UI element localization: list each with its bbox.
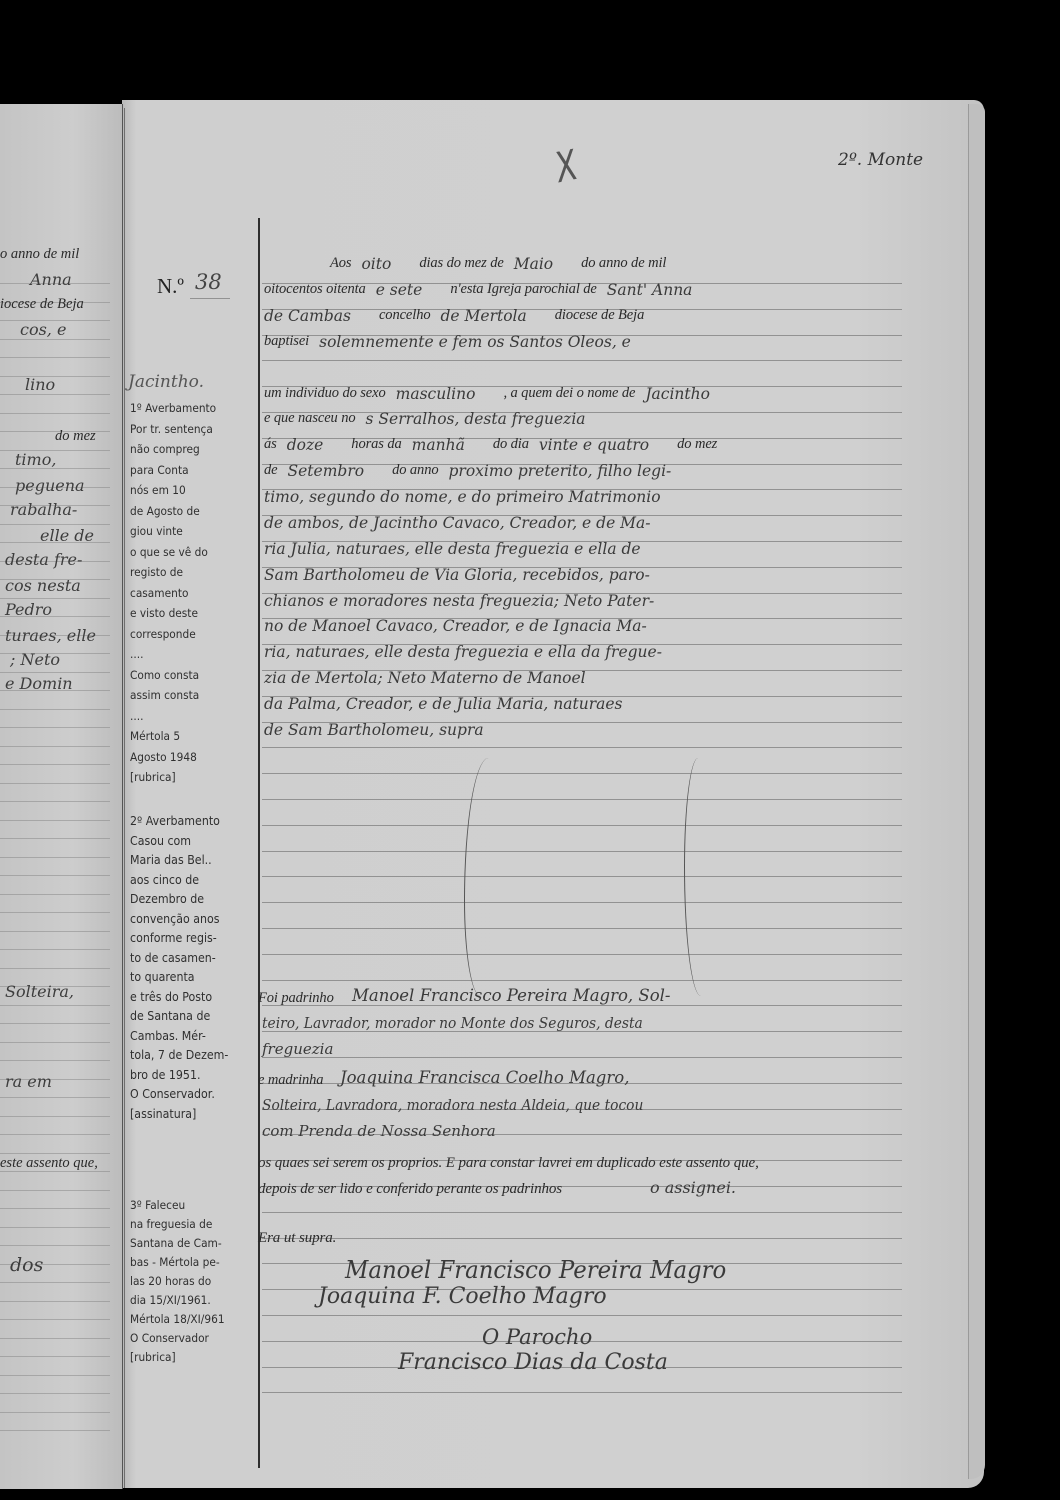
printed-text: ás — [264, 436, 277, 453]
ruled-line — [262, 1392, 902, 1393]
corner-annotation: 2º. Monte — [838, 150, 923, 170]
ruled-line — [0, 1356, 110, 1357]
godmother-label: e madrinha — [258, 1072, 323, 1089]
godfather-line-1: Manoel Francisco Pereira Magro, Sol- — [352, 986, 671, 1005]
ruled-line — [262, 1057, 902, 1058]
ruled-line — [0, 1375, 110, 1376]
handwritten-text: chianos e moradores nesta freguezia; Net… — [264, 592, 654, 610]
left-hand-1: Anna — [30, 270, 72, 289]
ruled-line — [262, 1212, 902, 1213]
page-edge — [968, 104, 985, 1479]
left-hand-9: cos nesta — [5, 576, 81, 595]
ruled-line — [0, 413, 110, 414]
signature-priest: Francisco Dias da Costa — [398, 1350, 668, 1375]
ruled-line — [0, 357, 110, 358]
signature-godmother: Joaquina F. Coelho Magro — [318, 1284, 607, 1309]
godmother-line-2: Solteira, Lavradora, moradora nesta Alde… — [262, 1096, 643, 1114]
ruled-line — [0, 1412, 110, 1413]
left-hand-2: cos, e — [20, 320, 66, 339]
left-print-3: do mez — [55, 428, 96, 445]
ruled-line — [0, 1282, 110, 1283]
left-hand-4: timo, — [15, 450, 56, 469]
ruled-line — [0, 1338, 110, 1339]
left-hand-3: lino — [25, 375, 55, 394]
closing-statement: os quaes sei serem os proprios. E para c… — [258, 1155, 759, 1172]
left-hand-10: Pedro — [5, 600, 52, 619]
printed-text: e que nasceu no — [264, 410, 356, 427]
ruled-line — [0, 1023, 110, 1024]
ruled-line — [0, 838, 110, 839]
handwritten-text: ria, naturaes, elle desta freguezia e el… — [264, 643, 662, 661]
ruled-line — [0, 968, 110, 969]
handwritten-text: manhã — [412, 436, 465, 454]
ruled-line — [0, 1245, 110, 1246]
ruled-line — [262, 876, 902, 877]
printed-text: Aos — [330, 255, 351, 272]
handwritten-text: de Cambas — [264, 307, 351, 325]
handwritten-text: masculino — [396, 385, 476, 403]
ruled-line — [0, 524, 110, 525]
closing-handwritten: o assignei. — [650, 1178, 736, 1197]
handwritten-text: doze — [287, 436, 324, 454]
printed-text: do mez — [677, 436, 717, 453]
ruled-line — [0, 1153, 110, 1154]
handwritten-text: vinte e quatro — [539, 436, 649, 454]
ruled-line — [0, 727, 110, 728]
left-hand-11: turaes, elle — [5, 626, 96, 645]
left-hand-6: rabalha- — [10, 500, 77, 519]
handwritten-text: timo, segundo do nome, e do primeiro Mat… — [264, 488, 661, 506]
ruled-line — [0, 857, 110, 858]
ruled-line — [0, 1301, 110, 1302]
handwritten-text: de Mertola — [441, 307, 527, 325]
margin-rule — [258, 218, 260, 1468]
godmother-line-3: com Prenda de Nossa Senhora — [262, 1122, 496, 1140]
ruled-line — [0, 1208, 110, 1209]
margin-note-3: 3º Faleceu na freguesia de Santana de Ca… — [130, 1196, 225, 1367]
ruled-line — [0, 1097, 110, 1098]
ruled-line — [0, 709, 110, 710]
printed-text: do anno de mil — [581, 255, 666, 272]
handwritten-text: ria Julia, naturaes, elle desta freguezi… — [264, 540, 641, 558]
ruled-line — [0, 1227, 110, 1228]
ruled-line — [0, 1042, 110, 1043]
left-hand-12: ; Neto — [10, 650, 60, 669]
entry-number: 38 — [195, 270, 222, 294]
ruled-line — [0, 894, 110, 895]
book-gutter — [124, 108, 125, 1488]
ruled-line — [262, 851, 902, 852]
left-hand-8: desta fre- — [5, 550, 82, 569]
handwritten-text: Sam Bartholomeu de Via Gloria, recebidos… — [264, 566, 650, 584]
ruled-line — [0, 1190, 110, 1191]
ruled-line — [262, 928, 902, 929]
parish-priest-title: O Parocho — [482, 1325, 592, 1349]
printed-text: um individuo do sexo — [264, 385, 386, 402]
handwritten-text: Jacintho — [645, 385, 710, 403]
printed-text: baptisei — [264, 333, 309, 350]
ruled-line — [0, 820, 110, 821]
left-hand-7: elle de — [40, 526, 94, 545]
ruled-line — [262, 1238, 902, 1239]
closing-statement-2: depois de ser lido e conferido perante o… — [258, 1181, 562, 1198]
handwritten-text: de Sam Bartholomeu, supra — [264, 721, 484, 739]
margin-name: Jacintho. — [128, 372, 204, 392]
ruled-line — [262, 799, 902, 800]
ruled-line — [0, 931, 110, 932]
printed-text: horas da — [351, 436, 401, 453]
ruled-line — [262, 825, 902, 826]
printed-text: oitocentos oitenta — [264, 281, 366, 298]
ruled-line — [0, 1319, 110, 1320]
ruled-line — [262, 980, 902, 981]
handwritten-text: zia de Mertola; Neto Materno de Manoel — [264, 669, 586, 687]
godmother-line-1: Joaquina Francisca Coelho Magro, — [340, 1068, 629, 1087]
printed-text: de — [264, 462, 278, 479]
ruled-line — [262, 360, 902, 361]
godfather-line-3: freguezia — [262, 1040, 333, 1058]
ruled-line — [262, 1005, 902, 1006]
ruled-line — [0, 598, 110, 599]
margin-note-1: 1º Averbamento Por tr. sentença não comp… — [130, 398, 216, 788]
handwritten-text: da Palma, Creador, e de Julia Maria, nat… — [264, 695, 623, 713]
ruled-line — [0, 1116, 110, 1117]
ruled-line — [0, 783, 110, 784]
blank-mark-right — [684, 758, 715, 996]
ruled-line — [0, 1060, 110, 1061]
handwritten-text: solemnemente e fem os Santos Oleos, e — [319, 333, 631, 351]
printed-text: , a quem dei o nome de — [503, 385, 635, 402]
printed-text: diocese de Beja — [555, 307, 645, 324]
ruled-line — [0, 746, 110, 747]
margin-note-2: 2º Averbamento Casou com Maria das Bel..… — [130, 812, 228, 1124]
left-print-2: iocese de Beja — [0, 296, 84, 313]
handwritten-text: Maio — [514, 255, 553, 273]
ruled-line — [262, 747, 902, 748]
era-ut-supra: Era ut supra. — [258, 1230, 336, 1247]
godfather-label: Foi padrinho — [258, 990, 334, 1007]
printed-text: do anno — [392, 462, 438, 479]
handwritten-text: Sant' Anna — [607, 281, 693, 299]
left-hand-15: ra em — [5, 1072, 52, 1091]
printed-text: concelho — [379, 307, 431, 324]
left-print-4: este assento que, — [0, 1155, 98, 1172]
handwritten-text: de ambos, de Jacintho Cavaco, Creador, e… — [264, 514, 651, 532]
ruled-line — [0, 672, 110, 673]
handwritten-text: proximo preterito, filho legi- — [449, 462, 672, 480]
handwritten-text: e sete — [376, 281, 423, 299]
ruled-line — [0, 764, 110, 765]
handwritten-text: oito — [361, 255, 391, 273]
ruled-line — [262, 773, 902, 774]
left-page-rule — [122, 104, 123, 1489]
ruled-line — [0, 339, 110, 340]
ruled-line — [0, 1134, 110, 1135]
left-hand-14: Solteira, — [5, 982, 74, 1001]
entry-number-underline — [190, 298, 230, 299]
ruled-line — [0, 801, 110, 802]
ruled-line — [0, 1430, 110, 1431]
handwritten-text: no de Manoel Cavaco, Creador, e de Ignac… — [264, 617, 647, 635]
handwritten-text: s Serralhos, desta freguezia — [366, 410, 586, 428]
handwritten-text: Setembro — [288, 462, 365, 480]
ruled-line — [0, 1393, 110, 1394]
entry-number-label: N.º — [157, 274, 184, 299]
left-hand-5: peguena — [15, 476, 85, 495]
godfather-line-2: teiro, Lavrador, morador no Monte dos Se… — [262, 1014, 643, 1032]
left-hand-16: dos — [10, 1254, 43, 1276]
ruled-line — [0, 394, 110, 395]
ruled-line — [0, 1005, 110, 1006]
ruled-line — [0, 875, 110, 876]
left-hand-13: e Domin — [5, 674, 73, 693]
printed-text: do dia — [493, 436, 529, 453]
ruled-line — [262, 1315, 902, 1316]
signature-godfather: Manoel Francisco Pereira Magro — [345, 1256, 726, 1284]
ruled-line — [262, 902, 902, 903]
left-print-1: o anno de mil — [0, 246, 79, 263]
ruled-line — [0, 949, 110, 950]
ruled-line — [262, 954, 902, 955]
printed-text: n'esta Igreja parochial de — [450, 281, 596, 298]
ruled-line — [0, 912, 110, 913]
printed-text: dias do mez de — [419, 255, 503, 272]
